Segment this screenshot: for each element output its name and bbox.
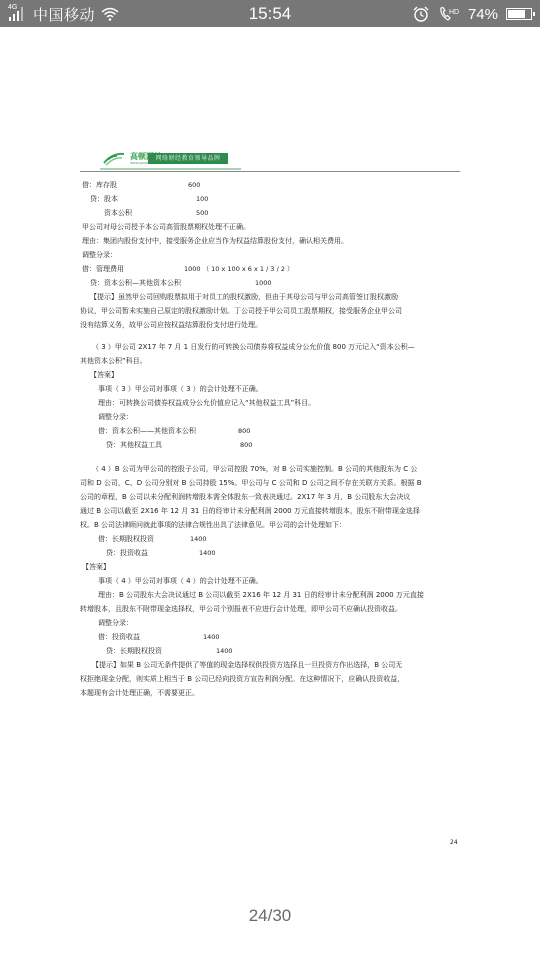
doc-line: 转增股本，且股东不附带现金选择权，甲公司个别报表不应进行会计处理，即甲公司不应确… [80,604,402,614]
doc-line: 事项（ 4 ）甲公司对事项（ 4 ）的会计处理不正确。 [98,576,263,586]
battery-percent: 74% [468,6,498,23]
doc-line: 通过 B 公司以截至 2X16 年 12 月 31 日的经审计未分配利润 200… [80,506,420,516]
doc-line: 贷：长期股权投资 [106,646,162,656]
doc-line: 甲公司对母公司授予本公司高管股票期权处理不正确。 [82,222,250,232]
doc-amount: 800 [240,440,252,450]
doc-line: 【答案】 [90,370,118,380]
doc-amount: 1400 [216,646,233,656]
logo-swoosh-icon [102,151,128,167]
doc-line: 调整分录： [98,412,133,422]
doc-amount: 100 [196,194,208,204]
doc-line: 权拒绝现金分配，则实质上相当于 B 公司已经向投资方宣告利润分配。在这种情况下，… [80,674,404,684]
slogan-banner: 网络财经教育领导品牌 [148,153,228,164]
doc-line: 事项（ 3 ）甲公司对事项（ 3 ）的会计处理不正确。 [98,384,263,394]
doc-amount: 1000 [255,278,272,288]
doc-line: 协议，甲公司暂未实施自己原定的股权激励计划。丁公司授予甲公司员工股票期权，接受服… [80,306,402,316]
status-bar: 4G 中国移动 15:54 HD 74% [0,0,540,27]
svg-text:HD: HD [449,9,459,16]
battery-icon [506,8,532,20]
doc-amount: 1400 [203,632,220,642]
doc-amount: 500 [196,208,208,218]
doc-line: 没有结算义务，故甲公司应按权益结算股份支付进行处理。 [80,320,262,330]
doc-line: 贷：资本公积—其他资本公积 [90,278,181,288]
page-indicator: 24/30 [0,906,540,926]
doc-line: 贷：股本 [90,194,118,204]
page-number: 24 [450,839,458,846]
alarm-icon [412,5,430,23]
doc-amount: 800 [238,426,250,436]
header-divider [80,171,460,172]
doc-line: （ 3 ）甲公司 2X17 年 7 月 1 日发行的可转换公司债券将权益成分公允… [92,342,415,352]
doc-line: 借：投资收益 [98,632,140,642]
doc-line: 借：长期股权投资 [98,534,154,544]
doc-line: （ 4 ）B 公司为甲公司的控股子公司，甲公司控股 70%，对 B 公司实施控制… [92,464,417,474]
doc-line: 公司的章程，B 公司以未分配利润转增股本需全体股东一致表决通过。2X17 年 3… [80,492,410,502]
doc-line: 其他资本公积”科目。 [80,356,147,366]
doc-line: 贷：投资收益 [106,548,148,558]
doc-line: 贷：其他权益工具 [106,440,162,450]
doc-line: 【提示】虽然甲公司回购股票拟用于对员工的股权激励，但由于其母公司与甲公司高管签订… [90,292,398,302]
document-viewer[interactable]: 高顿网校 www.gaodun.com 网络财经教育领导品牌 借：库存股 600… [0,27,540,960]
doc-line: 调整分录： [98,618,133,628]
document-header: 高顿网校 www.gaodun.com 网络财经教育领导品牌 [80,144,460,201]
doc-line: 权。B 公司法律顾问就此事项的法律合规性出具了法律意见。甲公司的会计处理如下： [80,520,346,530]
doc-line: 【答案】 [82,562,110,572]
doc-line: 【提示】如果 B 公司无条件提供了等值的现金选择权供投资方选择且一旦投资方作出选… [92,660,402,670]
doc-line: 司和 D 公司，C、D 公司分别对 B 公司持股 15%。甲公司与 C 公司和 … [80,478,422,488]
doc-amount: 1400 [190,534,207,544]
doc-line: 借：管理费用 [82,264,124,274]
doc-line: 资本公积 [104,208,132,218]
doc-line: 借：资本公积——其他资本公积 [98,426,196,436]
doc-line: 本题现有会计处理正确，不需要更正。 [80,688,199,698]
doc-line: 理由：集团内股份支付中，接受服务企业应当作为权益结算股份支付，确认相关费用。 [82,236,348,246]
header-accent-rule [100,168,241,170]
doc-line: 理由：B 公司股东大会决议通过 B 公司以截至 2X16 年 12 月 31 日… [98,590,424,600]
doc-line: 理由：可转换公司债券权益成分公允价值应记入“其他权益工具”科目。 [98,398,315,408]
doc-amount: 600 [188,180,200,190]
doc-amount: 1000 （ 10 x 100 x 6 x 1 / 3 / 2 ） [184,264,294,274]
doc-amount: 1400 [199,548,216,558]
doc-line: 调整分录： [82,250,117,260]
document-page: 高顿网校 www.gaodun.com 网络财经教育领导品牌 借：库存股 600… [80,144,460,864]
hd-call-icon: HD [438,5,460,23]
doc-line: 借：库存股 [82,180,117,190]
